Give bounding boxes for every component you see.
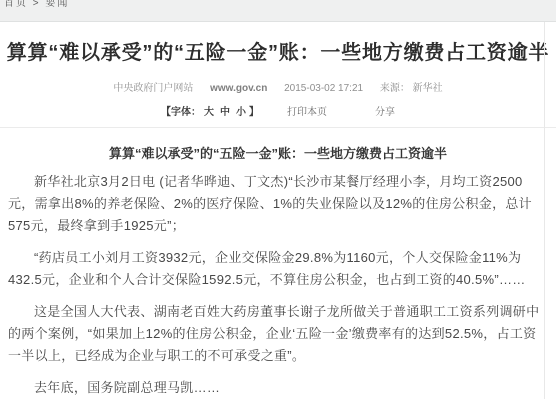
- article-body: 算算“难以承受”的“五险一金”账：一些地方缴费占工资逾半 新华社北京3月2日电 …: [0, 143, 556, 399]
- share-button[interactable]: 分享: [375, 103, 395, 118]
- publish-datetime: 2015-03-02 17:21: [284, 83, 363, 94]
- font-size-prefix: 【字体：: [161, 103, 201, 118]
- article-page: 首页 > 要闻 算算“难以承受”的“五险一金”账：一些地方缴费占工资逾半 中央政…: [0, 0, 556, 399]
- font-size-large-button[interactable]: 大: [204, 103, 214, 118]
- article-paragraph: “药店员工小刘月工资3932元，企业交保险金29.8%为1160元，个人交保险金…: [8, 247, 548, 291]
- article-toolbar: 【字体： 大 中 小 】 打印本页 分享: [0, 103, 556, 118]
- top-bar: 首页 > 要闻: [0, 0, 556, 22]
- article-subheading: 算算“难以承受”的“五险一金”账：一些地方缴费占工资逾半: [8, 143, 548, 162]
- article-paragraph-clipped: 去年底，国务院副总理马凯……: [8, 377, 548, 399]
- page-title: 算算“难以承受”的“五险一金”账：一些地方缴费占工资逾半: [6, 35, 550, 72]
- site-url: www.gov.cn: [210, 83, 267, 94]
- font-size-small-button[interactable]: 小: [236, 103, 246, 118]
- content-right-border: [544, 22, 545, 399]
- source-label: 来源：: [380, 83, 410, 94]
- source-name: 新华社: [413, 83, 443, 94]
- font-size-widget: 【字体： 大 中 小 】: [161, 103, 259, 118]
- font-size-medium-button[interactable]: 中: [220, 103, 230, 118]
- article-meta: 中央政府门户网站 www.gov.cn 2015-03-02 17:21 来源：…: [0, 79, 556, 94]
- font-size-suffix: 】: [249, 103, 259, 118]
- print-page-button[interactable]: 打印本页: [287, 103, 327, 118]
- article-paragraph: 新华社北京3月2日电 (记者华晔迪、丁文杰)“长沙市某餐厅经理小李，月均工资25…: [8, 171, 548, 237]
- site-name: 中央政府门户网站: [113, 79, 193, 94]
- article-paragraph: 这是全国人大代表、湖南老百姓大药房董事长谢子龙所做关于普通职工工资系列调研中的两…: [8, 301, 548, 367]
- header-divider: [0, 127, 556, 128]
- breadcrumb[interactable]: 首页 > 要闻: [4, 0, 69, 9]
